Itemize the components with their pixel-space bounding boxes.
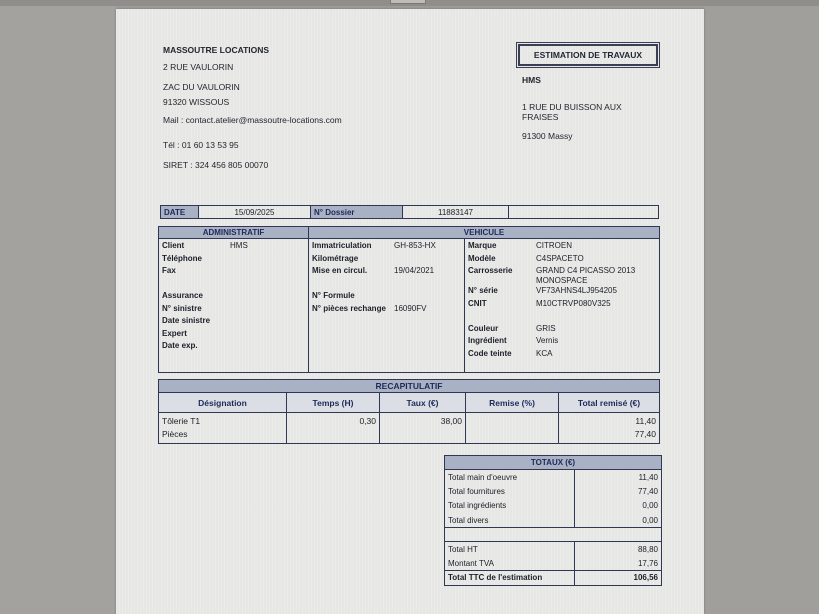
sender-company: MASSOUTRE LOCATIONS (163, 45, 269, 55)
totals-title: TOTAUX (€) (445, 456, 662, 470)
totals-table: TOTAUX (€) Total main d'oeuvre 11,40 Tot… (444, 455, 662, 586)
field-label: CNIT (468, 299, 536, 312)
sender-address-line2: ZAC DU VAULORIN (163, 82, 240, 92)
field-label: Modèle (468, 254, 536, 267)
field-label: Expert (162, 329, 230, 342)
taux-cell: 38,00 (380, 413, 466, 444)
field-label: N° pièces rechange (312, 304, 394, 317)
field-value (230, 329, 305, 342)
document-page: MASSOUTRE LOCATIONS 2 RUE VAULORIN ZAC D… (116, 9, 704, 614)
field-value: HMS (230, 241, 305, 254)
col-designation: Désignation (159, 393, 287, 413)
top-handle (390, 0, 426, 4)
field-value: VF73AHNS4LJ954205 (536, 286, 656, 299)
field-value (536, 311, 656, 324)
total-label: Total main d'oeuvre (445, 470, 575, 485)
field-label: Kilométrage (312, 254, 394, 267)
field-label (468, 311, 536, 324)
field-label: Fax (162, 266, 230, 279)
sender-tel: Tél : 01 60 13 53 95 (163, 140, 239, 150)
background-right (704, 0, 819, 614)
sender-city: 91320 WISSOUS (163, 97, 229, 107)
recipient-name: HMS (522, 75, 541, 85)
field-label: Immatriculation (312, 241, 394, 254)
date-dossier-table: DATE 15/09/2025 N° Dossier 11883147 (160, 205, 659, 219)
field-label: Assurance (162, 291, 230, 304)
field-value: GH-853-HX (394, 241, 461, 254)
field-value: GRAND C4 PICASSO 2013 MONOSPACE (536, 266, 656, 286)
field-value: 19/04/2021 (394, 266, 461, 279)
field-label: Ingrédient (468, 336, 536, 349)
total-label: Total ingrédients (445, 499, 575, 514)
field-label: Couleur (468, 324, 536, 337)
field-label: Marque (468, 241, 536, 254)
dossier-label: N° Dossier (311, 206, 403, 219)
col-total: Total remisé (€) (559, 393, 660, 413)
total-value: 11,40 (575, 470, 662, 485)
total-cell: 11,40 77,40 (559, 413, 660, 444)
total-value: 0,00 (575, 513, 662, 528)
temps-cell: 0,30 (287, 413, 380, 444)
admin-vehicle-table: ADMINISTRATIF VEHICULE ClientHMSTéléphon… (158, 226, 660, 373)
vehicule-right-panel: MarqueCITROENModèleC4SPACETOCarrosserieG… (465, 239, 660, 373)
date-value: 15/09/2025 (199, 206, 311, 219)
table-row-designation: Pièces (162, 428, 283, 441)
field-value: 16090FV (394, 304, 461, 317)
field-value (394, 291, 461, 304)
col-temps: Temps (H) (287, 393, 380, 413)
field-value: KCA (536, 349, 656, 362)
field-value: CITROEN (536, 241, 656, 254)
ttc-label: Total TTC de l'estimation (445, 571, 575, 586)
extra-value (509, 206, 659, 219)
field-value (230, 341, 305, 354)
total-value: 77,40 (562, 428, 656, 441)
field-value (230, 316, 305, 329)
dossier-value: 11883147 (403, 206, 509, 219)
field-label (162, 279, 230, 292)
field-value: Vernis (536, 336, 656, 349)
field-label: N° sinistre (162, 304, 230, 317)
total-label: Total divers (445, 513, 575, 528)
total-value: 0,00 (575, 499, 662, 514)
temps-value: 0,30 (290, 415, 376, 428)
total-value: 11,40 (562, 415, 656, 428)
recap-title: RECAPITULATIF (159, 380, 660, 393)
taux-value: 38,00 (383, 415, 462, 428)
recap-table: RECAPITULATIF Désignation Temps (H) Taux… (158, 379, 660, 444)
designation-cell: Tôlerie T1 Pièces (159, 413, 287, 444)
totals-spacer (445, 528, 662, 542)
recipient-address: 1 RUE DU BUISSON AUX FRAISES (522, 102, 652, 122)
field-value (230, 266, 305, 279)
field-label: Téléphone (162, 254, 230, 267)
sender-address-line1: 2 RUE VAULORIN (163, 62, 233, 72)
background-left (0, 0, 116, 614)
field-value: GRIS (536, 324, 656, 337)
total-ht-value: 88,80 (575, 542, 662, 557)
vehicule-header: VEHICULE (309, 227, 660, 239)
field-value (230, 279, 305, 292)
col-taux: Taux (€) (380, 393, 466, 413)
document-title: ESTIMATION DE TRAVAUX (518, 44, 658, 66)
field-label (312, 279, 394, 292)
field-value (230, 304, 305, 317)
field-label: N° Formule (312, 291, 394, 304)
field-value: M10CTRVP080V325 (536, 299, 656, 312)
tva-value: 17,76 (575, 556, 662, 571)
field-label: Client (162, 241, 230, 254)
field-value (230, 291, 305, 304)
sender-mail: Mail : contact.atelier@massoutre-locatio… (163, 115, 342, 125)
total-ht-label: Total HT (445, 542, 575, 557)
field-value: C4SPACETO (536, 254, 656, 267)
col-remise: Remise (%) (466, 393, 559, 413)
field-value (394, 279, 461, 292)
field-value (230, 254, 305, 267)
field-label: Mise en circul. (312, 266, 394, 279)
administratif-panel: ClientHMSTéléphoneFaxAssuranceN° sinistr… (159, 239, 309, 373)
tva-label: Montant TVA (445, 556, 575, 571)
ttc-value: 106,56 (575, 571, 662, 586)
remise-cell (466, 413, 559, 444)
field-label: Date exp. (162, 341, 230, 354)
field-label: Date sinistre (162, 316, 230, 329)
recipient-city: 91300 Massy (522, 131, 573, 141)
vehicule-left-panel: ImmatriculationGH-853-HXKilométrageMise … (309, 239, 465, 373)
table-row-designation: Tôlerie T1 (162, 415, 283, 428)
field-value (394, 254, 461, 267)
field-label: N° série (468, 286, 536, 299)
field-label: Code teinte (468, 349, 536, 362)
sender-siret: SIRET : 324 456 805 00070 (163, 160, 268, 170)
total-value: 77,40 (575, 484, 662, 499)
total-label: Total fournitures (445, 484, 575, 499)
field-label: Carrosserie (468, 266, 536, 286)
administratif-header: ADMINISTRATIF (159, 227, 309, 239)
date-label: DATE (161, 206, 199, 219)
